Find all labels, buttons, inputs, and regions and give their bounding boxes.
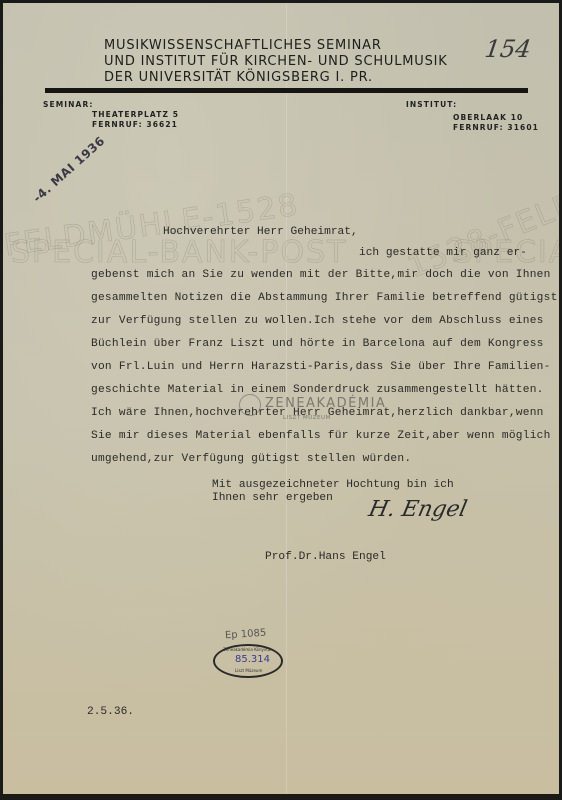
body-line: gesammelten Notizen die Abstammung Ihrer…: [91, 287, 558, 310]
archive-stamp: Zeneakadémia Könyvtár 85.314 Liszt Múzeu…: [213, 644, 283, 678]
letter-page: FELDMÜHLE-1528 SPECIAL-BANK-POST 1528-FE…: [3, 3, 559, 794]
museum-stamp: ZENEAKADÉMIA LISZT MÚZEUM: [227, 396, 367, 426]
salutation: Hochverehrter Herr Geheimrat,: [163, 226, 358, 238]
museum-stamp-name: ZENEAKADÉMIA: [265, 396, 386, 411]
letter-date: 2.5.36.: [87, 706, 134, 718]
sender-name: Prof.Dr.Hans Engel: [265, 551, 386, 563]
body-line: von Frl.Luin und Herrn Harazsti-Paris,da…: [91, 356, 558, 379]
archive-stamp-bottom: Liszt Múzeum: [235, 668, 262, 673]
letter-body: gebenst mich an Sie zu wenden mit der Bi…: [91, 264, 558, 471]
seminar-phone: FERNRUF: 36621: [92, 119, 178, 131]
body-line: Sie mir dieses Material ebenfalls für ku…: [91, 425, 558, 448]
body-line: gebenst mich an Sie zu wenden mit der Bi…: [91, 264, 558, 287]
body-line: Büchlein über Franz Liszt und hörte in B…: [91, 333, 558, 356]
closing-line: Mit ausgezeichneter Hochtung bin ich: [212, 479, 454, 492]
letterhead-line: MUSIKWISSENSCHAFTLICHES SEMINAR: [104, 38, 448, 54]
inventory-number: Ep 1085: [225, 628, 267, 642]
institut-label: INSTITUT:: [406, 99, 457, 111]
institut-phone: FERNRUF: 31601: [453, 122, 539, 134]
body-line: umgehend,zur Verfügung gütigst stellen w…: [91, 448, 558, 471]
letterhead-rule: [45, 88, 528, 93]
letterhead-line: DER UNIVERSITÄT KÖNIGSBERG I. PR.: [104, 70, 448, 86]
body-line: zur Verfügung stellen zu wollen.Ich steh…: [91, 310, 558, 333]
body-first-line: ich gestatte mir ganz er-: [359, 247, 527, 259]
folio-number: 154: [483, 35, 533, 63]
letterhead-line: UND INSTITUT FÜR KIRCHEN- UND SCHULMUSIK: [104, 54, 448, 70]
emblem-icon: [239, 394, 261, 416]
signature: H. Engel: [366, 497, 469, 522]
received-date-stamp: -4. MAI 1936: [30, 134, 107, 206]
seminar-label: SEMINAR:: [43, 99, 93, 111]
archive-stamp-top: Zeneakadémia Könyvtár: [223, 647, 272, 652]
archive-stamp-number: 85.314: [235, 654, 270, 665]
museum-stamp-sub: LISZT MÚZEUM: [283, 415, 331, 421]
letterhead: MUSIKWISSENSCHAFTLICHES SEMINAR UND INST…: [104, 38, 448, 86]
